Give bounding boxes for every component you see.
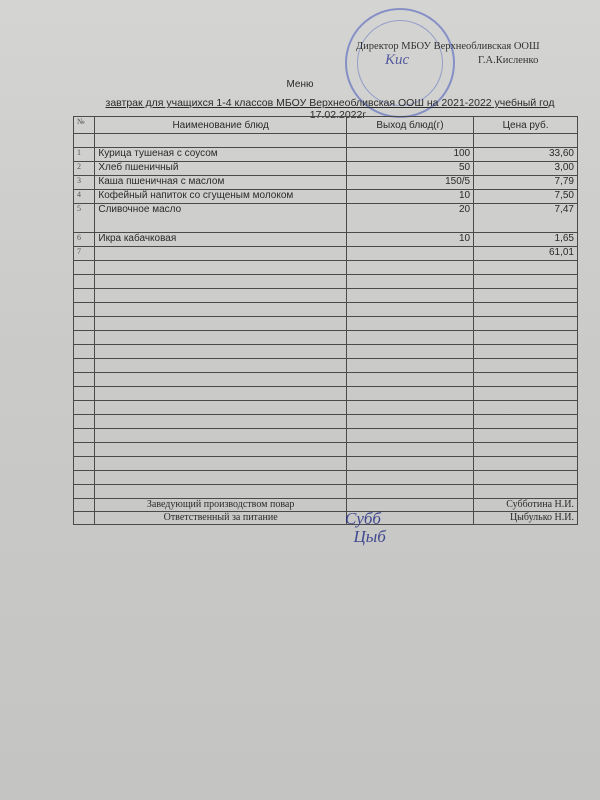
empty-cell — [346, 134, 473, 148]
table-row-empty — [74, 485, 578, 499]
dish-price: 33,60 — [474, 148, 578, 162]
dish-weight: 20 — [346, 204, 473, 233]
footer-signatures: Субб Цыб — [345, 510, 386, 546]
empty-cell — [474, 373, 578, 387]
table-row-empty — [74, 134, 578, 148]
empty-cell — [346, 317, 473, 331]
row-number: 5 — [74, 204, 95, 233]
empty-cell — [474, 401, 578, 415]
dish-name: Каша пшеничная с маслом — [95, 176, 346, 190]
empty-cell — [474, 134, 578, 148]
table-row: 4Кофейный напиток со сгущеным молоком107… — [74, 190, 578, 204]
empty-cell — [95, 429, 346, 443]
dish-weight: 10 — [346, 233, 473, 247]
empty-cell — [95, 443, 346, 457]
empty-cell — [95, 317, 346, 331]
signature-role: Заведующий производством повар — [95, 499, 346, 512]
empty-cell — [346, 401, 473, 415]
empty-cell — [346, 457, 473, 471]
table-row-empty — [74, 345, 578, 359]
signature-role: Ответственный за питание — [95, 512, 346, 525]
empty-cell — [74, 415, 95, 429]
empty-cell — [74, 471, 95, 485]
table-row-empty — [74, 471, 578, 485]
table-row-empty — [74, 261, 578, 275]
dish-name: Сливочное масло — [95, 204, 346, 233]
empty-cell — [74, 345, 95, 359]
header-weight: Выход блюд(г) — [346, 117, 473, 134]
empty-cell — [346, 289, 473, 303]
empty-cell — [95, 387, 346, 401]
empty-cell — [95, 345, 346, 359]
table-row: 5Сливочное масло207,47 — [74, 204, 578, 233]
header-price: Цена руб. — [474, 117, 578, 134]
empty-cell — [474, 387, 578, 401]
dish-name: Икра кабачковая — [95, 233, 346, 247]
table-row: 3Каша пшеничная с маслом150/57,79 — [74, 176, 578, 190]
row-number: 2 — [74, 162, 95, 176]
table-row-empty — [74, 359, 578, 373]
empty-cell — [74, 457, 95, 471]
empty-cell — [474, 429, 578, 443]
row-number: 3 — [74, 176, 95, 190]
empty-cell — [474, 485, 578, 499]
empty-cell — [74, 429, 95, 443]
table-row-empty — [74, 457, 578, 471]
approval-line-director: Директор МБОУ Верхнеобливская ООШ — [356, 40, 540, 54]
empty-cell — [474, 359, 578, 373]
row-number: 1 — [74, 148, 95, 162]
empty-cell — [95, 401, 346, 415]
table-row-empty — [74, 289, 578, 303]
dish-price: 61,01 — [474, 247, 578, 261]
empty-cell — [474, 415, 578, 429]
approval-line-name: Г.А.Кисленко — [356, 54, 540, 68]
dish-weight: 10 — [346, 190, 473, 204]
dish-name: Кофейный напиток со сгущеным молоком — [95, 190, 346, 204]
dish-price: 1,65 — [474, 233, 578, 247]
empty-cell — [346, 415, 473, 429]
empty-cell — [474, 303, 578, 317]
header-number: № — [74, 117, 95, 134]
empty-cell — [74, 373, 95, 387]
table-row-empty — [74, 401, 578, 415]
row-number: 6 — [74, 233, 95, 247]
menu-subtitle: завтрак для учащихся 1-4 классов МБОУ Ве… — [0, 97, 600, 109]
empty-cell — [346, 345, 473, 359]
empty-cell — [95, 331, 346, 345]
menu-title: Меню — [0, 79, 600, 90]
table-row-empty — [74, 429, 578, 443]
table-row-empty — [74, 443, 578, 457]
empty-cell — [74, 331, 95, 345]
empty-cell — [95, 457, 346, 471]
table-row-empty — [74, 387, 578, 401]
table-row: 761,01 — [74, 247, 578, 261]
dish-price: 7,50 — [474, 190, 578, 204]
menu-table: № Наименование блюд Выход блюд(г) Цена р… — [73, 116, 578, 525]
dish-name: Хлеб пшеничный — [95, 162, 346, 176]
empty-cell — [95, 303, 346, 317]
empty-cell — [74, 485, 95, 499]
empty-cell — [474, 345, 578, 359]
empty-cell — [95, 415, 346, 429]
empty-cell — [74, 303, 95, 317]
empty-cell — [346, 359, 473, 373]
dish-weight: 150/5 — [346, 176, 473, 190]
empty-cell — [74, 401, 95, 415]
empty-cell — [74, 359, 95, 373]
table-row-empty — [74, 415, 578, 429]
empty-cell — [74, 387, 95, 401]
empty-cell — [474, 261, 578, 275]
empty-cell — [95, 471, 346, 485]
table-row-empty — [74, 303, 578, 317]
empty-cell — [474, 331, 578, 345]
signature-row: Ответственный за питаниеЦыбулько Н.И. — [74, 512, 578, 525]
empty-cell — [95, 261, 346, 275]
empty-cell — [95, 134, 346, 148]
signature-name: Цыбулько Н.И. — [474, 512, 578, 525]
empty-cell — [346, 373, 473, 387]
table-row-empty — [74, 317, 578, 331]
table-row-empty — [74, 275, 578, 289]
table-row: 1Курица тушеная с соусом10033,60 — [74, 148, 578, 162]
empty-cell — [346, 471, 473, 485]
table-row: 2Хлеб пшеничный503,00 — [74, 162, 578, 176]
dish-name: Курица тушеная с соусом — [95, 148, 346, 162]
row-number: 4 — [74, 190, 95, 204]
empty-cell — [95, 373, 346, 387]
dish-price: 7,47 — [474, 204, 578, 233]
empty-cell — [74, 261, 95, 275]
table-row: 6Икра кабачковая101,65 — [74, 233, 578, 247]
table-row-empty — [74, 373, 578, 387]
empty-cell — [474, 443, 578, 457]
empty-cell — [346, 429, 473, 443]
empty-cell — [74, 134, 95, 148]
empty-cell — [346, 331, 473, 345]
dish-price: 7,79 — [474, 176, 578, 190]
dish-weight: 50 — [346, 162, 473, 176]
table-header-row: № Наименование блюд Выход блюд(г) Цена р… — [74, 117, 578, 134]
empty-cell — [346, 443, 473, 457]
empty-cell — [474, 317, 578, 331]
signature-name: Субботина Н.И. — [474, 499, 578, 512]
empty-cell — [74, 289, 95, 303]
empty-cell — [346, 261, 473, 275]
empty-cell — [74, 317, 95, 331]
empty-cell — [74, 499, 95, 512]
approval-block: Директор МБОУ Верхнеобливская ООШ Г.А.Ки… — [356, 40, 540, 68]
empty-cell — [474, 289, 578, 303]
dish-weight — [346, 247, 473, 261]
empty-cell — [95, 275, 346, 289]
empty-cell — [346, 303, 473, 317]
dish-price: 3,00 — [474, 162, 578, 176]
dish-weight: 100 — [346, 148, 473, 162]
empty-cell — [346, 485, 473, 499]
empty-cell — [74, 275, 95, 289]
empty-cell — [474, 471, 578, 485]
empty-cell — [95, 485, 346, 499]
empty-cell — [346, 387, 473, 401]
empty-cell — [74, 512, 95, 525]
header-dish-name: Наименование блюд — [95, 117, 346, 134]
empty-cell — [95, 359, 346, 373]
dish-name — [95, 247, 346, 261]
empty-cell — [74, 443, 95, 457]
empty-cell — [346, 275, 473, 289]
signature-row: Заведующий производством поварСубботина … — [74, 499, 578, 512]
empty-cell — [95, 289, 346, 303]
row-number: 7 — [74, 247, 95, 261]
table-row-empty — [74, 331, 578, 345]
empty-cell — [474, 275, 578, 289]
empty-cell — [474, 457, 578, 471]
